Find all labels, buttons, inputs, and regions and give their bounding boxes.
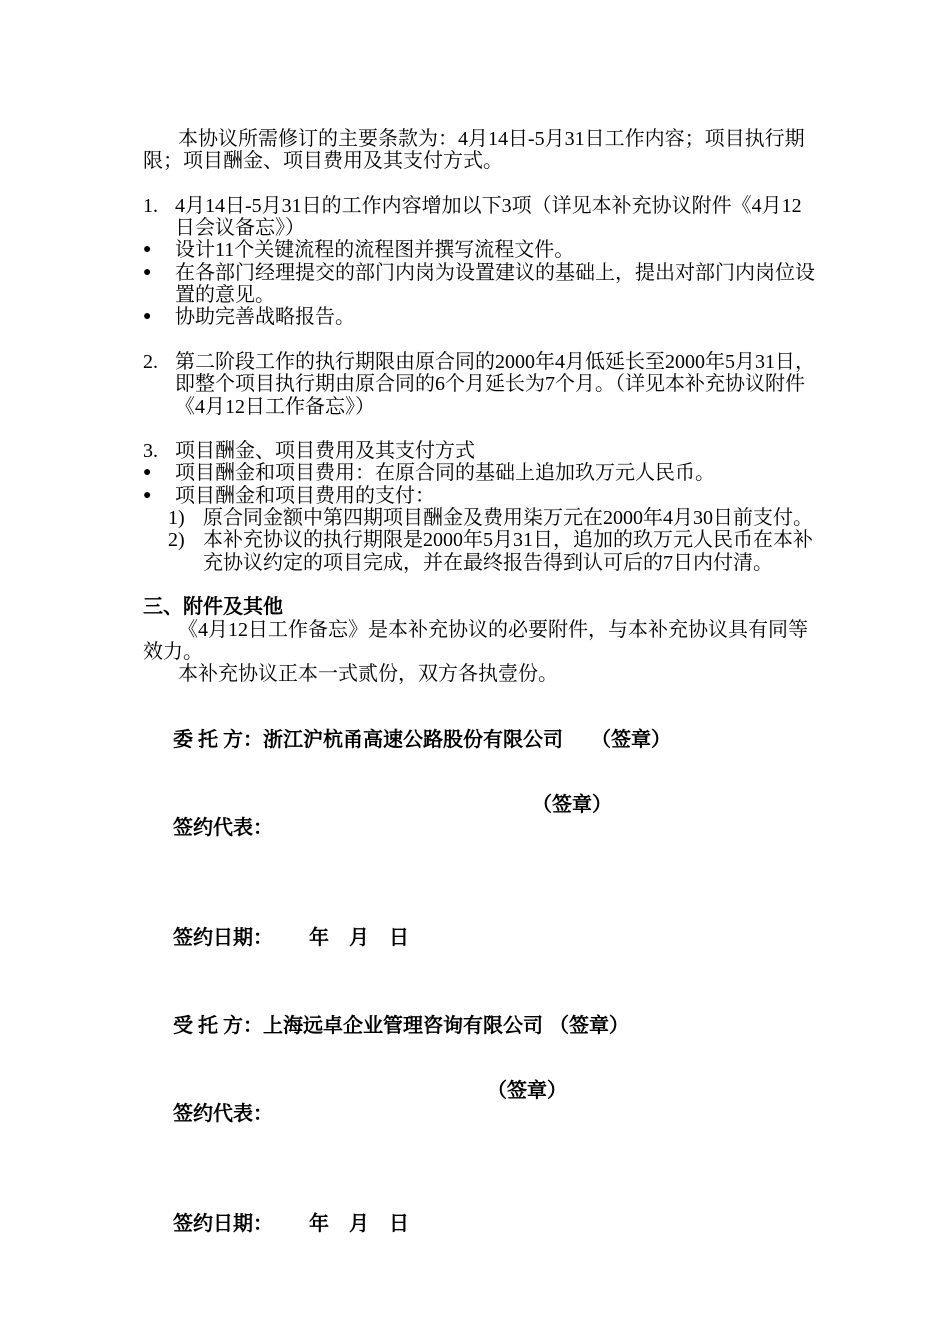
intro-paragraph: 本协议所需修订的主要条款为：4月14日-5月31日工作内容；项目执行期限；项目酬… (143, 128, 815, 173)
seal-note: （签章） (549, 1015, 629, 1037)
list-number: 3. (143, 440, 175, 462)
list-text: 4月14日-5月31日的工作内容增加以下3项（详见本补充协议附件《4月12日会议… (175, 195, 815, 240)
signature-label: 签约代表： (173, 1103, 273, 1125)
bullet-item: ● 在各部门经理提交的部门内岗为设置建议的基础上，提出对部门内岗位设置的意见。 (143, 262, 815, 307)
sub-list-item: 2) 本补充协议的执行期限是2000年5月31日，追加的玖万元人民币在本补充协议… (143, 529, 815, 574)
signature-label: 签约日期： (173, 1213, 273, 1235)
bullet-icon: ● (143, 462, 175, 484)
sub-list-number: 2) (168, 529, 203, 551)
copies-paragraph: 本补充协议正本一式贰份，双方各执壹份。 (143, 663, 815, 685)
seal-note: （签章） (532, 794, 612, 816)
sub-list-text: 本补充协议的执行期限是2000年5月31日，追加的玖万元人民币在本补充协议约定的… (203, 529, 815, 574)
section-heading: 三、附件及其他 (143, 596, 815, 618)
signature-line-contractor-representative: 签约代表： （签章） (143, 1080, 815, 1169)
bullet-item: ● 设计11个关键流程的流程图并撰写流程文件。 (143, 239, 815, 261)
bullet-icon: ● (143, 239, 175, 261)
signature-label: 签约日期： (173, 927, 273, 949)
signature-line-client-representative: 签约代表： （签章） (143, 794, 815, 883)
bullet-text: 项目酬金和项目费用的支付： (175, 485, 815, 507)
bullet-icon: ● (143, 485, 175, 507)
bullet-text: 在各部门经理提交的部门内岗为设置建议的基础上，提出对部门内岗位设置的意见。 (175, 262, 815, 307)
bullet-text: 协助完善战略报告。 (175, 306, 815, 328)
list-item: 1. 4月14日-5月31日的工作内容增加以下3项（详见本补充协议附件《4月12… (143, 195, 815, 240)
date-placeholder: 年 月 日 (309, 927, 409, 949)
sub-list-item: 1) 原合同金额中第四期项目酬金及费用柒万元在2000年4月30日前支付。 (143, 507, 815, 529)
list-text: 项目酬金、项目费用及其支付方式 (175, 440, 815, 462)
numbered-item-3-group: 3. 项目酬金、项目费用及其支付方式 ● 项目酬金和项目费用：在原合同的基础上追… (143, 440, 815, 574)
list-item: 2. 第二阶段工作的执行期限由原合同的2000年4月低延长至2000年5月31日… (143, 351, 815, 418)
bullet-item: ● 项目酬金和项目费用的支付： (143, 485, 815, 507)
list-number: 1. (143, 195, 175, 217)
signature-label: 委 托 方： (173, 729, 263, 751)
bullet-item: ● 协助完善战略报告。 (143, 306, 815, 328)
contractor-company-name: 上海远卓企业管理咨询有限公司 (263, 1015, 543, 1037)
list-text: 第二阶段工作的执行期限由原合同的2000年4月低延长至2000年5月31日，即整… (175, 351, 815, 418)
seal-note: （签章） (487, 1080, 567, 1102)
bullet-icon: ● (143, 306, 175, 328)
signature-line-contractor-date: 签约日期：年 月 日 (143, 1190, 815, 1257)
bullet-text: 设计11个关键流程的流程图并撰写流程文件。 (175, 239, 815, 261)
sub-list-number: 1) (168, 507, 203, 529)
seal-note: （签章） (591, 729, 671, 751)
sub-list-text: 原合同金额中第四期项目酬金及费用柒万元在2000年4月30日前支付。 (203, 507, 815, 529)
list-number: 2. (143, 351, 175, 373)
numbered-item-2-group: 2. 第二阶段工作的执行期限由原合同的2000年4月低延长至2000年5月31日… (143, 351, 815, 418)
attachment-paragraph: 《4月12日工作备忘》是本补充协议的必要附件，与本补充协议具有同等效力。 (143, 619, 815, 664)
document-page: 本协议所需修订的主要条款为：4月14日-5月31日工作内容；项目执行期限；项目酬… (0, 0, 950, 1344)
signature-line-client-date: 签约日期：年 月 日 (143, 905, 815, 972)
signature-line-contractor: 受 托 方：上海远卓企业管理咨询有限公司（签章） (143, 992, 815, 1059)
signature-label: 受 托 方： (173, 1015, 263, 1037)
signature-line-client: 委 托 方：浙江沪杭甬高速公路股份有限公司（签章） (143, 706, 815, 773)
list-item: 3. 项目酬金、项目费用及其支付方式 (143, 440, 815, 462)
signature-label: 签约代表： (173, 817, 273, 839)
numbered-item-1-group: 1. 4月14日-5月31日的工作内容增加以下3项（详见本补充协议附件《4月12… (143, 195, 815, 329)
bullet-item: ● 项目酬金和项目费用：在原合同的基础上追加玖万元人民币。 (143, 462, 815, 484)
bullet-text: 项目酬金和项目费用：在原合同的基础上追加玖万元人民币。 (175, 462, 815, 484)
client-company-name: 浙江沪杭甬高速公路股份有限公司 (263, 729, 563, 751)
bullet-icon: ● (143, 262, 175, 284)
date-placeholder: 年 月 日 (309, 1213, 409, 1235)
document-content: 本协议所需修订的主要条款为：4月14日-5月31日工作内容；项目执行期限；项目酬… (143, 128, 815, 1257)
